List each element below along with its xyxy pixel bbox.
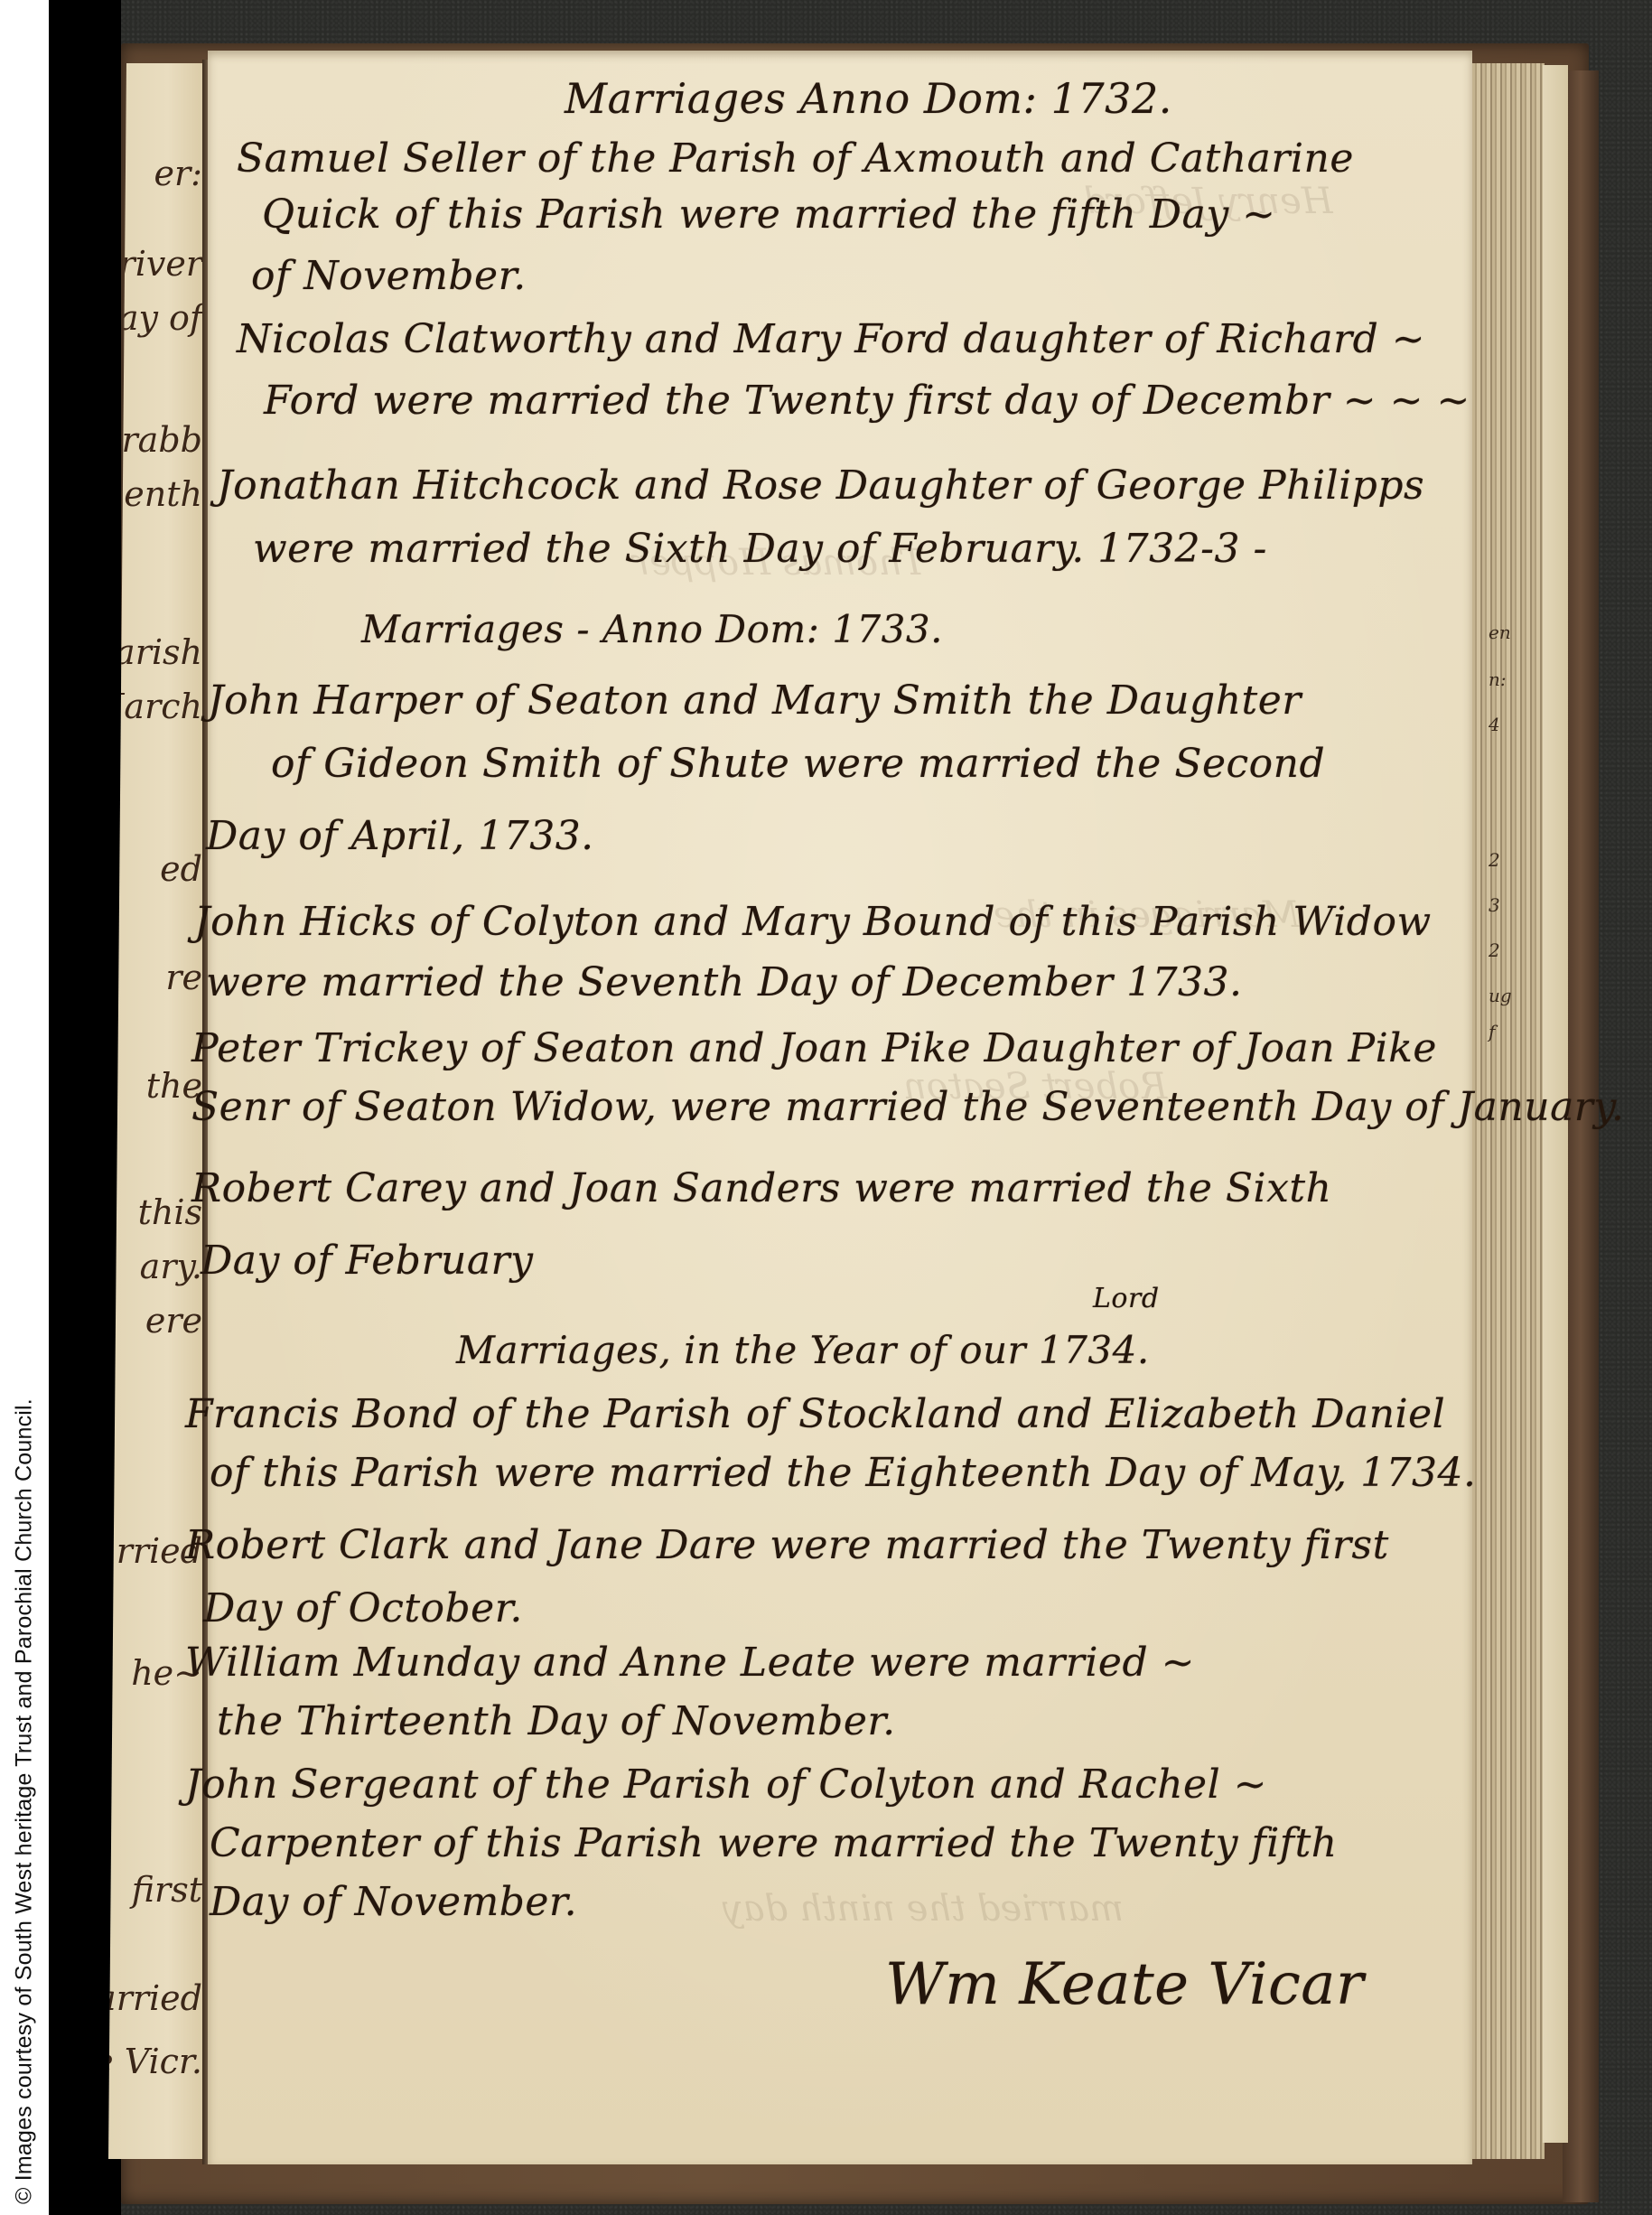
entry-line: were married the Seventh Day of December… [206,959,1243,1005]
fore-edge-mark: en [1489,622,1511,643]
fore-edge-mark: f [1489,1021,1495,1042]
entry-line: Day of October. [203,1585,523,1631]
prev-page-fragment: e Vicr. [93,2042,202,2081]
entry-line: Peter Trickey of Seaton and Joan Pike Da… [191,1025,1437,1071]
fore-edge-mark: 3 [1489,894,1500,916]
entry-line: John Hicks of Colyton and Mary Bound of … [194,899,1432,945]
credit-strip: © Images courtesy of South West heritage… [0,0,49,2215]
prev-page-fragment: re [165,958,202,997]
entry-line: the Thirteenth Day of November. [217,1698,896,1744]
entry-line: Jonathan Hitchcock and Rose Daughter of … [217,463,1424,509]
entry-line: Francis Bond of the Parish of Stockland … [185,1391,1445,1437]
binding-edge [1563,70,1599,2202]
entry-line: John Sergeant of the Parish of Colyton a… [185,1762,1267,1808]
entry-line: Day of February [201,1238,533,1284]
entry-line: Robert Carey and Joan Sanders were marri… [191,1165,1331,1211]
entry-line: Ford were married the Twenty first day o… [264,378,1470,424]
entry-line: John Harper of Seaton and Mary Smith the… [208,678,1302,724]
prev-page-fragment: ere [145,1301,202,1341]
heading-insertion: Lord [1093,1283,1160,1314]
prev-page-fragment: ary. [140,1247,202,1286]
entry-line: Senr of Seaton Widow, were married the S… [191,1084,1624,1130]
section-heading-1732: Marriages Anno Dom: 1732. [565,74,1172,123]
prev-page-fragment: ed [160,849,202,889]
copyright-credit: © Images courtesy of South West heritage… [12,1398,38,2204]
fore-edge-mark: ug [1489,985,1512,1006]
bleed-through-text: married the ninth day [723,1888,1124,1930]
entry-line: Carpenter of this Parish were married th… [210,1820,1338,1866]
fore-edge-mark: 2 [1489,849,1500,871]
entry-line: Day of November. [210,1879,577,1925]
entry-line: Robert Clark and Jane Dare were married … [185,1522,1389,1568]
entry-line: Nicolas Clatworthy and Mary Ford daughte… [237,316,1425,362]
prev-page-fragment: first [132,1870,202,1910]
entry-line: of Gideon Smith of Shute were married th… [271,741,1325,787]
section-heading-1733: Marriages - Anno Dom: 1733. [361,607,943,651]
vicar-signature: Wm Keate Vicar [885,1951,1364,2018]
section-heading-1734: Marriages, in the Year of our 1734. [456,1328,1150,1372]
entry-line: Quick of this Parish were married the fi… [262,192,1276,238]
entry-line: were married the Sixth Day of February. … [253,526,1267,572]
fore-edge-mark: 2 [1489,939,1500,961]
fore-edge-mark: n: [1489,668,1507,690]
fore-edge-mark: 4 [1489,714,1500,735]
entry-line: of November. [251,253,527,299]
scanner-bed [49,0,121,2215]
prev-page-fragment: ay of [118,298,202,338]
entry-line: Day of April, 1733. [206,813,594,859]
entry-line: of this Parish were married the Eighteen… [210,1450,1477,1496]
prev-page-fragment: er: [154,154,202,193]
scanned-register-page: © Images courtesy of South West heritage… [0,0,1652,2215]
entry-line: Samuel Seller of the Parish of Axmouth a… [237,136,1354,182]
prev-page-fragment: rabb [122,420,202,460]
entry-line: William Munday and Anne Leate were marri… [185,1640,1195,1686]
